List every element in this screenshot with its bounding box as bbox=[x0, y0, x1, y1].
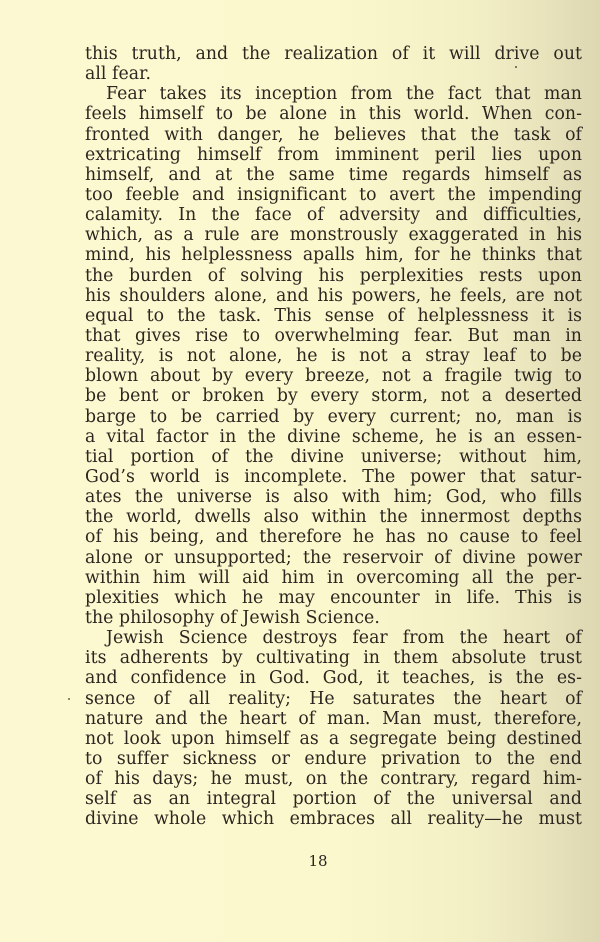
paper-speck bbox=[515, 66, 517, 68]
text-line: calamity. In the face of adversity and d… bbox=[85, 205, 582, 225]
page-number: 18 bbox=[0, 852, 600, 870]
text-line: barge to be carried by every current; no… bbox=[85, 407, 582, 427]
text-line: nature and the heart of man. Man must, t… bbox=[85, 709, 582, 729]
text-line: all fear. bbox=[85, 64, 582, 84]
text-line: mind, his helplessness apalls him, for h… bbox=[85, 245, 582, 265]
text-line: divine whole which embraces all reality—… bbox=[85, 809, 582, 829]
text-line: this truth, and the realization of it wi… bbox=[85, 44, 582, 64]
paragraph-start-line: Jewish Science destroys fear from the he… bbox=[85, 628, 582, 648]
book-page: this truth, and the realization of it wi… bbox=[0, 0, 600, 942]
text-line: fronted with danger, he believes that th… bbox=[85, 125, 582, 145]
text-line: which, as a rule are monstrously exagger… bbox=[85, 225, 582, 245]
text-line: self as an integral portion of the unive… bbox=[85, 789, 582, 809]
text-line: tial portion of the divine universe; wit… bbox=[85, 447, 582, 467]
text-line: a vital factor in the divine scheme, he … bbox=[85, 427, 582, 447]
text-line: the philosophy of Jewish Science. bbox=[85, 608, 582, 628]
text-line: within him will aid him in overcoming al… bbox=[85, 568, 582, 588]
text-line: sence of all reality; He saturates the h… bbox=[85, 689, 582, 709]
text-line: God’s world is incomplete. The power tha… bbox=[85, 467, 582, 487]
text-line: ates the universe is also with him; God,… bbox=[85, 487, 582, 507]
text-line: its adherents by cultivating in them abs… bbox=[85, 648, 582, 668]
text-line: too feeble and insignificant to avert th… bbox=[85, 185, 582, 205]
text-line: of his being, and therefore he has no ca… bbox=[85, 527, 582, 547]
text-line: his shoulders alone, and his powers, he … bbox=[85, 286, 582, 306]
text-line: not look upon himself as a segregate bei… bbox=[85, 729, 582, 749]
text-line: reality, is not alone, he is not a stray… bbox=[85, 346, 582, 366]
text-line: extricating himself from imminent peril … bbox=[85, 145, 582, 165]
text-line: the burden of solving his perplexities r… bbox=[85, 266, 582, 286]
text-line: of his days; he must, on the contrary, r… bbox=[85, 769, 582, 789]
text-line: the world, dwells also within the innerm… bbox=[85, 507, 582, 527]
text-line: be bent or broken by every storm, not a … bbox=[85, 386, 582, 406]
body-text: this truth, and the realization of it wi… bbox=[85, 44, 582, 829]
text-line: to suffer sickness or endure privation t… bbox=[85, 749, 582, 769]
text-line: blown about by every breeze, not a fragi… bbox=[85, 366, 582, 386]
text-line: and confidence in God. God, it teaches, … bbox=[85, 668, 582, 688]
text-line: plexities which he may encounter in life… bbox=[85, 588, 582, 608]
paper-speck bbox=[68, 698, 70, 700]
text-line: equal to the task. This sense of helples… bbox=[85, 306, 582, 326]
text-line: feels himself to be alone in this world.… bbox=[85, 104, 582, 124]
text-line: himself, and at the same time regards hi… bbox=[85, 165, 582, 185]
text-line: that gives rise to overwhelming fear. Bu… bbox=[85, 326, 582, 346]
paragraph-start-line: Fear takes its inception from the fact t… bbox=[85, 84, 582, 104]
text-line: alone or unsupported; the reservoir of d… bbox=[85, 548, 582, 568]
